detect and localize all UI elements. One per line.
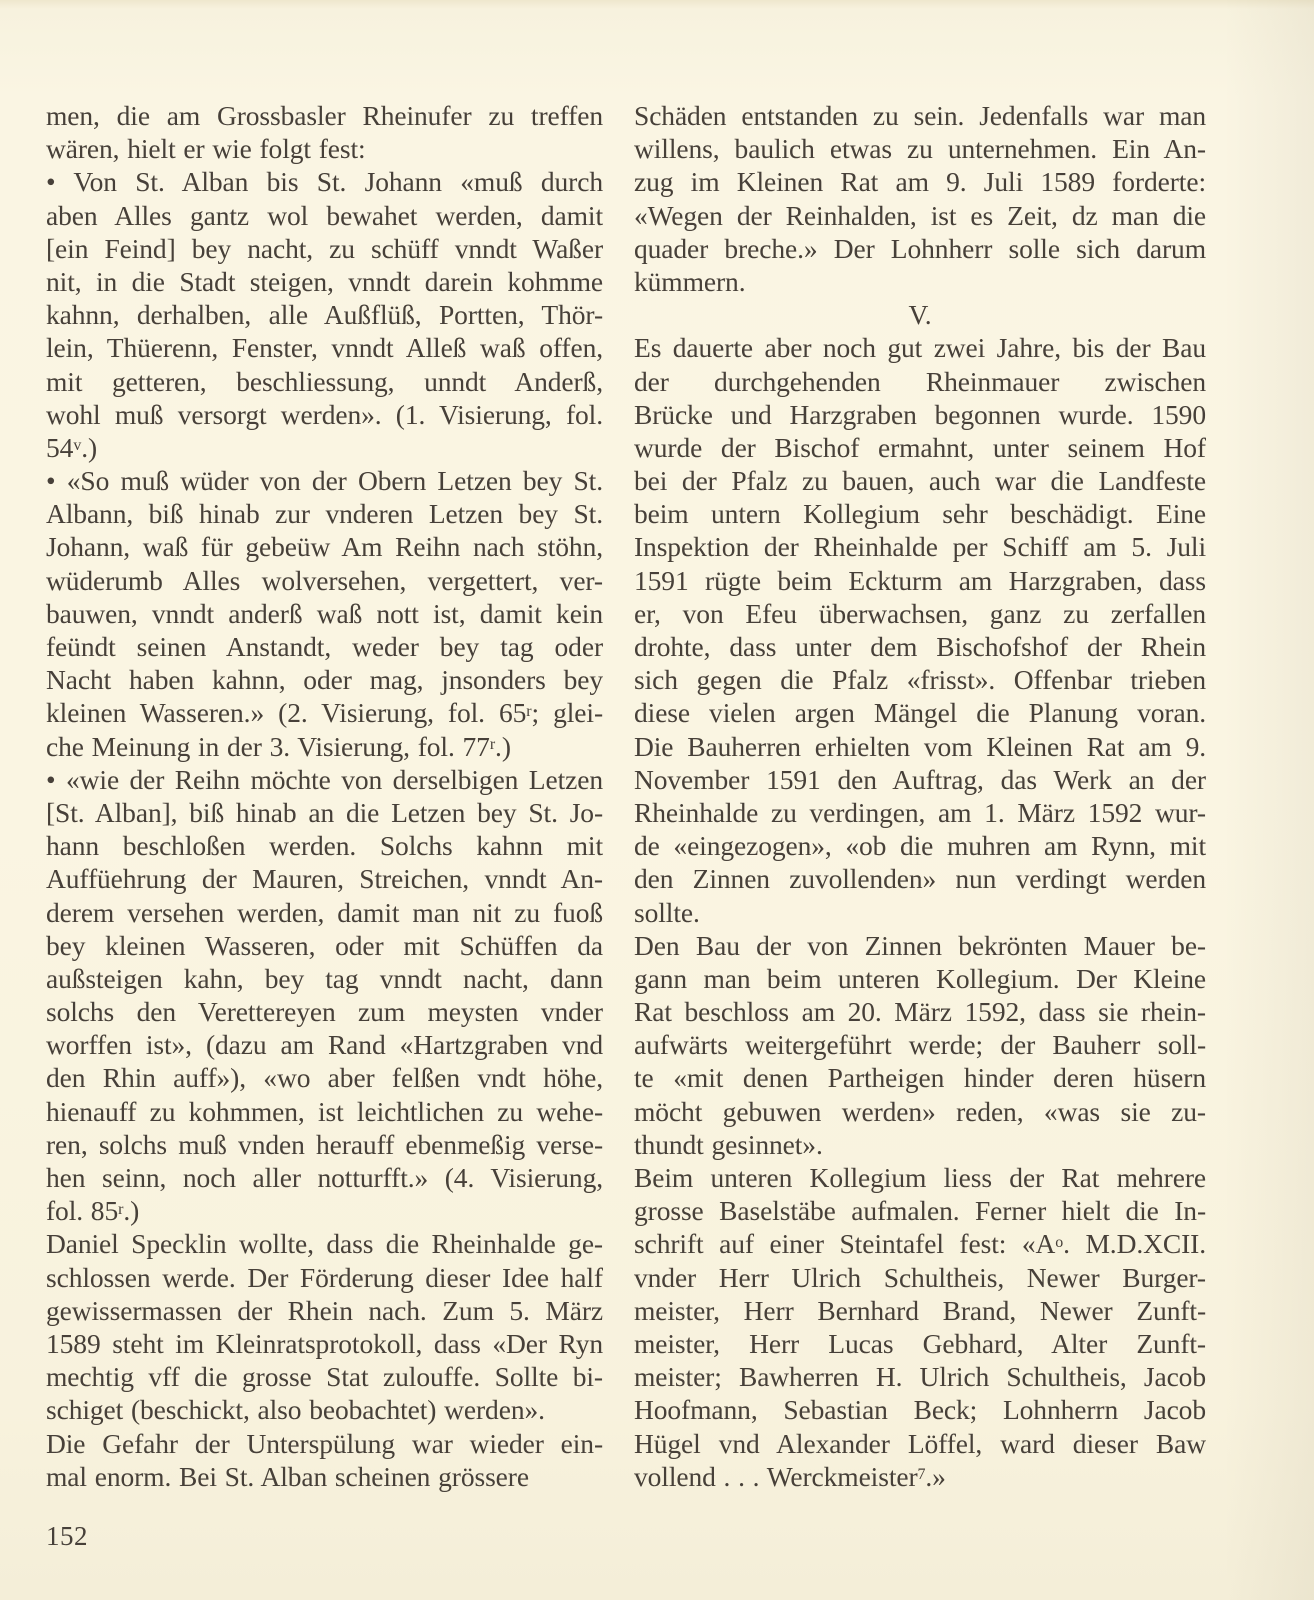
- text-line: Rheinhalde zu verdingen, am 1. März 1592…: [634, 796, 1206, 829]
- text-line: bey kleinen Wasseren, oder mit Schüffen …: [46, 929, 603, 962]
- text-line: mal enorm. Bei St. Alban scheinen grösse…: [46, 1460, 603, 1493]
- text-line: aben Alles gantz wol bewahet werden, dam…: [46, 199, 603, 232]
- text-line: kleinen Wasseren.» (2. Visierung, fol. 6…: [46, 696, 603, 729]
- text-line: Brücke und Harzgraben begonnen wurde. 15…: [634, 398, 1206, 431]
- text-line: kümmern.: [634, 265, 1206, 298]
- text-line: Es dauerte aber noch gut zwei Jahre, bis…: [634, 331, 1206, 364]
- text-line: Schäden entstanden zu sein. Jedenfalls w…: [634, 99, 1206, 132]
- text-line: drohte, dass unter dem Bischofshof der R…: [634, 630, 1206, 663]
- text-line: sich gegen die Pfalz «frisst». Offenbar …: [634, 663, 1206, 696]
- text-line: Nacht haben kahnn, oder mag, jnsonders b…: [46, 663, 603, 696]
- text-line: de «eingezogen», «ob die muhren am Rynn,…: [634, 829, 1206, 862]
- text-line: hienauff zu kohmmen, ist leichtlichen zu…: [46, 1095, 603, 1128]
- text-line: möcht gebuwen werden» reden, «was sie zu…: [634, 1095, 1206, 1128]
- text-line: fol. 85r.): [46, 1194, 603, 1227]
- text-line: zug im Kleinen Rat am 9. Juli 1589 forde…: [634, 165, 1206, 198]
- book-page: men, die am Grossbasler Rheinufer zu tre…: [0, 0, 1314, 1600]
- left-text-column: men, die am Grossbasler Rheinufer zu tre…: [46, 99, 603, 1493]
- text-line: solchs den Verettereyen zum meysten vnde…: [46, 995, 603, 1028]
- text-line: feündt seinen Anstandt, weder bey tag od…: [46, 630, 603, 663]
- text-line: vollend . . . Werckmeister7.»: [634, 1460, 1206, 1493]
- text-line: ren, solchs muß vnden herauff ebenmeßig …: [46, 1128, 603, 1161]
- right-text-column: Schäden entstanden zu sein. Jedenfalls w…: [634, 99, 1206, 1493]
- text-line: vnder Herr Ulrich Schultheis, Newer Burg…: [634, 1261, 1206, 1294]
- text-line: Auffüehrung der Mauren, Streichen, vnndt…: [46, 862, 603, 895]
- text-line: aufwärts weitergeführt werde; der Bauher…: [634, 1028, 1206, 1061]
- text-line: lein, Thüerenn, Fenster, vnndt Alleß waß…: [46, 331, 603, 364]
- text-line: schlossen werde. Der Förderung dieser Id…: [46, 1261, 603, 1294]
- text-line: Hoofmann, Sebastian Beck; Lohnherrn Jaco…: [634, 1393, 1206, 1426]
- text-line: den Rhin auff»), «wo aber felßen vndt hö…: [46, 1061, 603, 1094]
- text-line: 54v.): [46, 431, 603, 464]
- text-line: außsteigen kahn, bey tag vnndt nacht, da…: [46, 962, 603, 995]
- text-line: grosse Baselstäbe aufmalen. Ferner hielt…: [634, 1194, 1206, 1227]
- text-line: Den Bau der von Zinnen bekrönten Mauer b…: [634, 929, 1206, 962]
- text-line: che Meinung in der 3. Visierung, fol. 77…: [46, 730, 603, 763]
- text-line: thundt gesinnet».: [634, 1128, 1206, 1161]
- text-line: nit, in die Stadt steigen, vnndt darein …: [46, 265, 603, 298]
- text-line: men, die am Grossbasler Rheinufer zu tre…: [46, 99, 603, 132]
- text-line: bauwen, vnndt anderß waß nott ist, damit…: [46, 597, 603, 630]
- text-line: meister, Herr Lucas Gebhard, Alter Zunft…: [634, 1327, 1206, 1360]
- page-number: 152: [46, 1521, 88, 1552]
- text-line: 1591 rügte beim Eckturm am Harzgraben, d…: [634, 564, 1206, 597]
- text-line: Johann, waß für gebeüw Am Reihn nach stö…: [46, 530, 603, 563]
- text-line: hann beschloßen werden. Solchs kahnn mit: [46, 829, 603, 862]
- text-line: mechtig vff die grosse Stat zulouffe. So…: [46, 1360, 603, 1393]
- text-line: • «So muß wüder von der Obern Letzen bey…: [46, 464, 603, 497]
- text-line: Die Gefahr der Unterspülung war wieder e…: [46, 1427, 603, 1460]
- text-line: Inspektion der Rheinhalde per Schiff am …: [634, 530, 1206, 563]
- text-line: Daniel Specklin wollte, dass die Rheinha…: [46, 1227, 603, 1260]
- text-line: • Von St. Alban bis St. Johann «muß durc…: [46, 165, 603, 198]
- text-line: wurde der Bischof ermahnt, unter seinem …: [634, 431, 1206, 464]
- text-line: der durchgehenden Rheinmauer zwischen: [634, 365, 1206, 398]
- text-line: diese vielen argen Mängel die Planung vo…: [634, 696, 1206, 729]
- text-line: meister; Bawherren H. Ulrich Schultheis,…: [634, 1360, 1206, 1393]
- text-line: derem versehen werden, damit man nit zu …: [46, 896, 603, 929]
- text-line: schrift auf einer Steintafel fest: «Ao. …: [634, 1227, 1206, 1260]
- text-line: wohl muß versorgt werden». (1. Visierung…: [46, 398, 603, 431]
- text-line: den Zinnen zuvollenden» nun verdingt wer…: [634, 862, 1206, 895]
- text-line: [St. Alban], biß hinab an die Letzen bey…: [46, 796, 603, 829]
- text-line: Die Bauherren erhielten vom Kleinen Rat …: [634, 730, 1206, 763]
- text-line: hen seinn, noch aller notturfft.» (4. Vi…: [46, 1161, 603, 1194]
- text-line: schiget (beschickt, also beobachtet) wer…: [46, 1393, 603, 1426]
- section-heading: V.: [634, 298, 1206, 331]
- text-line: sollte.: [634, 896, 1206, 929]
- text-line: willens, baulich etwas zu unternehmen. E…: [634, 132, 1206, 165]
- text-line: quader breche.» Der Lohnherr solle sich …: [634, 232, 1206, 265]
- text-line: meister, Herr Bernhard Brand, Newer Zunf…: [634, 1294, 1206, 1327]
- text-line: beim untern Kollegium sehr beschädigt. E…: [634, 497, 1206, 530]
- text-line: Albann, biß hinab zur vnderen Letzen bey…: [46, 497, 603, 530]
- text-line: wären, hielt er wie folgt fest:: [46, 132, 603, 165]
- text-line: gewissermassen der Rhein nach. Zum 5. Mä…: [46, 1294, 603, 1327]
- scan-edge-shadow: [1224, 0, 1314, 1600]
- text-line: er, von Efeu überwachsen, ganz zu zerfal…: [634, 597, 1206, 630]
- text-line: mit getteren, beschliessung, unndt Ander…: [46, 365, 603, 398]
- text-line: wüderumb Alles wolversehen, vergettert, …: [46, 564, 603, 597]
- text-line: worffen ist», (dazu am Rand «Hartzgraben…: [46, 1028, 603, 1061]
- text-line: «Wegen der Reinhalden, ist es Zeit, dz m…: [634, 199, 1206, 232]
- text-line: [ein Feind] bey nacht, zu schüff vnndt W…: [46, 232, 603, 265]
- text-line: 1589 steht im Kleinratsprotokoll, dass «…: [46, 1327, 603, 1360]
- text-line: Hügel vnd Alexander Löffel, ward dieser …: [634, 1427, 1206, 1460]
- text-line: bei der Pfalz zu bauen, auch war die Lan…: [634, 464, 1206, 497]
- text-line: November 1591 den Auftrag, das Werk an d…: [634, 763, 1206, 796]
- text-line: te «mit denen Partheigen hinder deren hü…: [634, 1061, 1206, 1094]
- text-line: Beim unteren Kollegium liess der Rat meh…: [634, 1161, 1206, 1194]
- text-line: gann man beim unteren Kollegium. Der Kle…: [634, 962, 1206, 995]
- text-line: kahnn, derhalben, alle Außflüß, Portten,…: [46, 298, 603, 331]
- text-line: Rat beschloss am 20. März 1592, dass sie…: [634, 995, 1206, 1028]
- text-line: • «wie der Reihn möchte von derselbigen …: [46, 763, 603, 796]
